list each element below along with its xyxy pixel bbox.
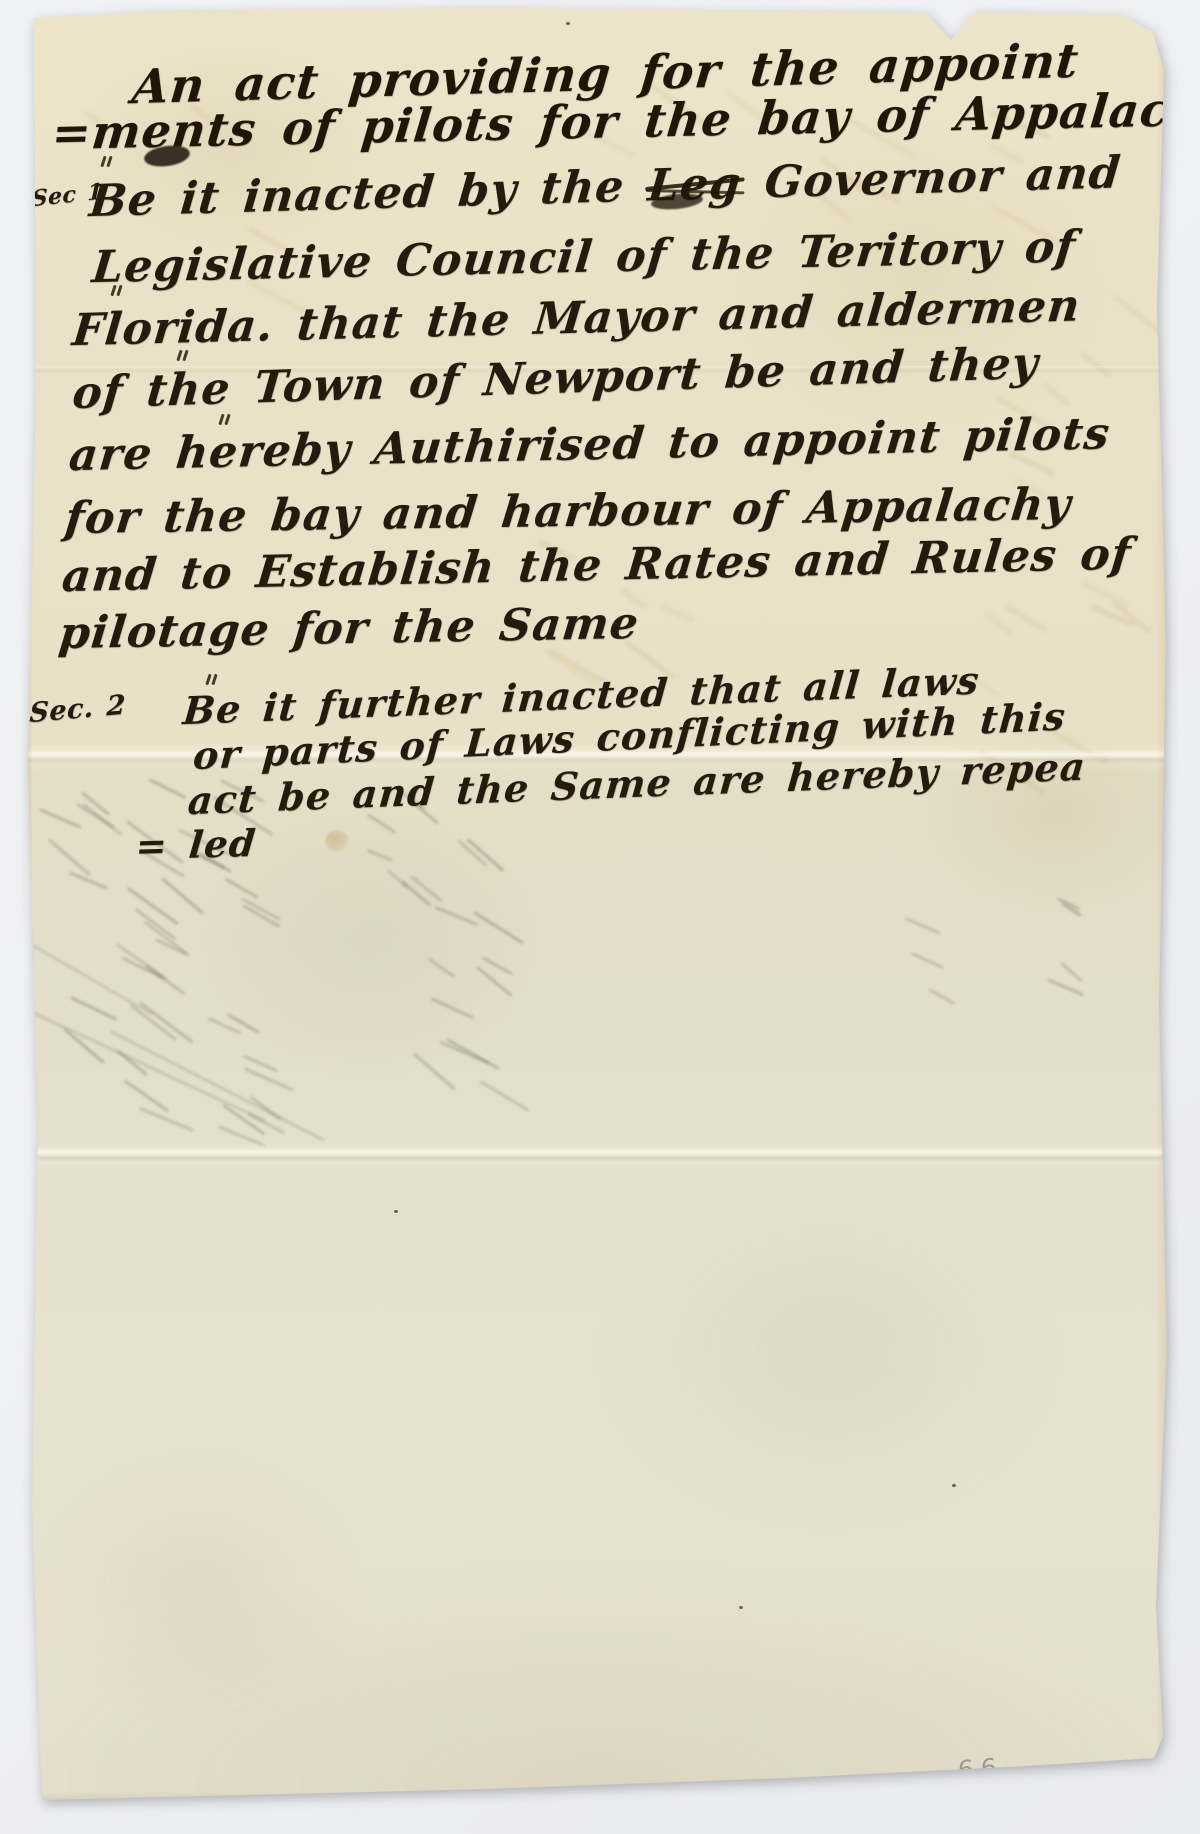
letter-flourish-mark — [176, 350, 190, 363]
paper-speck — [739, 1606, 743, 1609]
handwriting-line: = led — [134, 821, 259, 868]
paper-speck — [566, 22, 570, 25]
page-number-pencil: 66 — [957, 1752, 1005, 1784]
letter-flourish-mark — [100, 156, 114, 169]
letter-flourish-mark — [205, 674, 219, 687]
letter-flourish-mark — [218, 414, 232, 427]
fold-crease-lower — [26, 1148, 1172, 1162]
letter-flourish-mark — [110, 285, 124, 298]
paper-left-edge-shadow — [26, 6, 33, 1802]
tan-stain-dot — [325, 830, 349, 852]
handwriting-line: pilotage for the Same — [57, 598, 642, 659]
paper-bottom-edge-shadow — [26, 1792, 1172, 1802]
paper-speck — [394, 1210, 398, 1213]
paper-shadow-wrap: An act providing for the appoint=ments o… — [0, 0, 1200, 1834]
manuscript-paper: An act providing for the appoint=ments o… — [26, 6, 1172, 1802]
paper-speck — [952, 1484, 956, 1487]
browned-right-edge — [1156, 6, 1172, 1802]
scanner-background: An act providing for the appoint=ments o… — [0, 0, 1200, 1834]
